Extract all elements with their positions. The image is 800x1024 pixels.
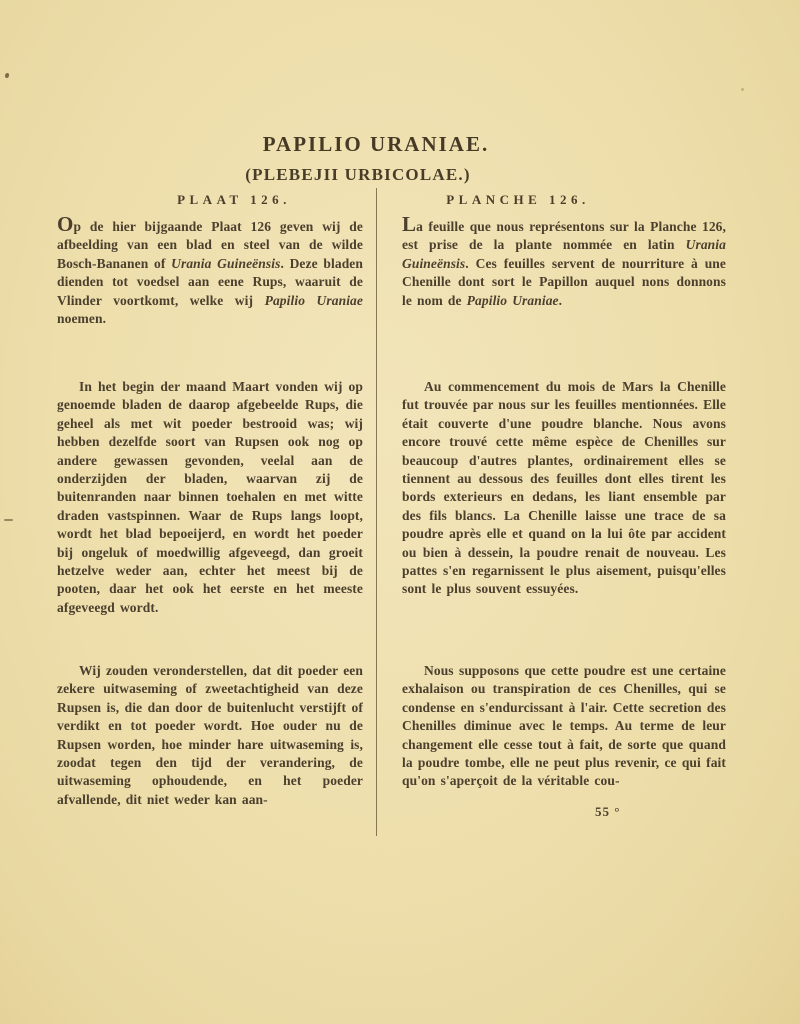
dutch-paragraph-3: Wij zouden veronderstellen, dat dit poed… <box>57 662 363 809</box>
french-paragraph-3: Nous supposons que cette poudre est une … <box>402 662 726 791</box>
dutch-column-header: PLAAT 126. <box>81 192 387 208</box>
ink-speck <box>4 519 13 521</box>
column-divider-rule <box>376 188 377 836</box>
signature-mark: 55 ° <box>595 804 620 820</box>
french-paragraph-2: Au commencement du mois de Mars la Cheni… <box>402 378 726 599</box>
page-subtitle: (PLEBEJII URBICOLAE.) <box>0 165 716 185</box>
page-title: PAPILIO URANIAE. <box>0 132 752 157</box>
french-paragraph-1: La feuille que nous représentons sur la … <box>402 218 726 310</box>
ink-speck <box>5 73 9 78</box>
french-column-header: PLANCHE 126. <box>356 192 680 208</box>
ink-speck <box>741 88 744 91</box>
dutch-paragraph-2: In het begin der maand Maart vonden wij … <box>57 378 363 617</box>
dutch-paragraph-1: Op de hier bijgaande Plaat 126 geven wij… <box>57 218 363 328</box>
book-page: PAPILIO URANIAE. (PLEBEJII URBICOLAE.) P… <box>0 0 800 1024</box>
